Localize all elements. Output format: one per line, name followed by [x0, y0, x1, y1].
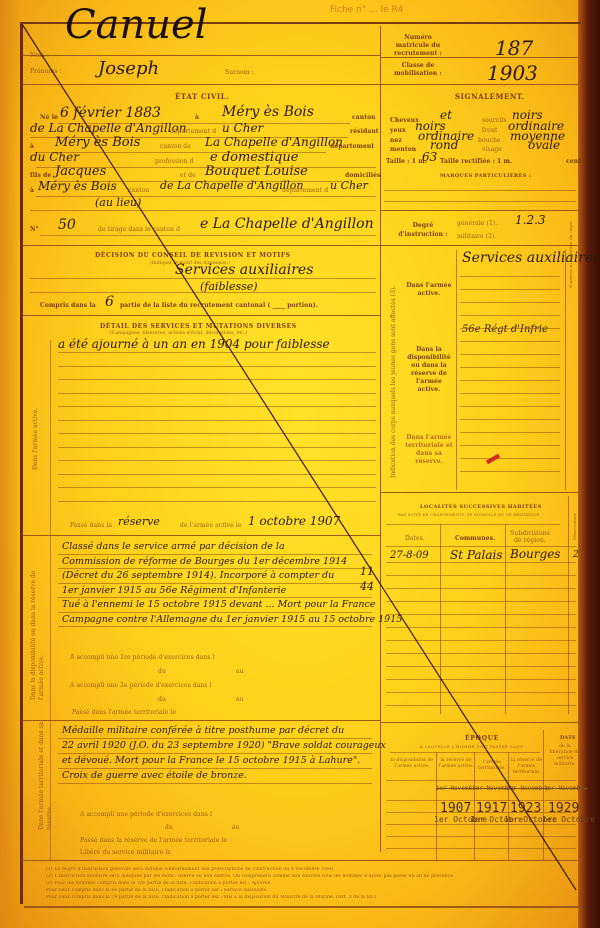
- periode1-du: du: [158, 668, 166, 675]
- footnote: (1) Le degré d'instruction générale sera…: [46, 867, 335, 872]
- departement-label: département d: [170, 128, 216, 135]
- ruled-line: [460, 276, 560, 277]
- ruled-line: [58, 393, 376, 394]
- ruled-line: [460, 419, 560, 420]
- ruled-line: [58, 366, 376, 367]
- periode2-label: A accompli une 2e période d'exercices da…: [70, 682, 212, 689]
- epoques-title: ÉPOQUE: [465, 735, 499, 742]
- service-entry-line: Classé dans le service armé par décision…: [62, 541, 285, 552]
- ruled-line: [460, 380, 560, 381]
- ruled-line: [386, 601, 576, 602]
- ruled-line: [386, 562, 576, 563]
- profession: e domestique: [210, 150, 298, 165]
- corps-territoriale-label: Dans l'armée territoriale et dans sa rés…: [404, 434, 454, 466]
- localites-side-label: Observations: [572, 513, 577, 540]
- ruled-line: [460, 302, 560, 303]
- fils-de-label: fils de: [30, 172, 51, 179]
- domicilies-label: domiciliés: [345, 172, 381, 179]
- armee-active-section-label: Dans l'armée active.: [32, 408, 39, 470]
- surname-value: Canuel: [65, 2, 207, 48]
- service-entry-line: et dévoué. Mort pour la France le 15 oct…: [62, 755, 360, 766]
- menton-label: menton: [390, 146, 416, 153]
- ruled-line: [386, 824, 576, 825]
- domicile-canton-label: canton: [128, 187, 149, 194]
- page-margin: [0, 0, 22, 928]
- column-divider: [380, 26, 381, 852]
- epoque-year: 1917: [476, 801, 507, 816]
- ruled-line: [386, 640, 576, 641]
- domicile-place: Méry ès Bois: [38, 179, 117, 193]
- visage-value: ovale: [528, 138, 560, 152]
- et-de-label: et de: [180, 172, 196, 179]
- tirage-number: 50: [58, 217, 76, 233]
- localites-col-communes: Communes.: [455, 535, 495, 542]
- a-label: à: [195, 114, 199, 121]
- ruled-line: [58, 501, 376, 502]
- ruled-line: [460, 354, 560, 355]
- passe-reserve-date: 1 octobre 1907: [248, 514, 340, 528]
- periode1-au: au: [236, 668, 244, 675]
- struck-date: 1er Novembre: [544, 785, 587, 792]
- ne-le-label: Né le: [40, 114, 58, 121]
- prenoms-label: Prénoms :: [30, 68, 62, 75]
- passe-territoriale-label: Passé dans l'armée territoriale le: [72, 709, 176, 716]
- ruled-line: [386, 705, 576, 706]
- ruled-line: [58, 460, 376, 461]
- ruled-line: [386, 575, 576, 576]
- instruction-militaire-label: militaire (2).: [457, 233, 497, 240]
- service-line-ajourne: a été ajourné à un an en 1904 pour faibl…: [58, 337, 330, 351]
- taille-label: Taille : 1 m.: [386, 158, 427, 165]
- tirage-canton-label: de tirage dans le canton d: [98, 226, 180, 233]
- ruled-line: [386, 653, 576, 654]
- record-sheet: Fiche n° ... le R4 Canuel Nom : Prénoms …: [0, 0, 600, 928]
- instruction-label: Degré d'instruction :: [398, 221, 448, 239]
- ruled-line: [58, 487, 376, 488]
- ruled-line: [58, 433, 376, 434]
- tirage-canton: e La Chapelle d'Angillon: [200, 216, 374, 232]
- residant-label: résidant: [350, 128, 379, 135]
- service-entry-line: 22 avril 1920 (J.O. du 23 septembre 1920…: [62, 740, 386, 751]
- birth-place: Méry ès Bois: [222, 104, 314, 120]
- profession-label: profession d: [155, 158, 194, 165]
- ruled-line: [460, 471, 560, 472]
- passe-reserve-value: réserve: [118, 515, 160, 528]
- father-name: Jacques: [55, 164, 106, 179]
- ruled-line: [460, 367, 560, 368]
- epoque-year: 1907: [440, 801, 471, 816]
- footnote: Pour ceux compris dans la 7e partie de l…: [46, 895, 376, 900]
- ruled-line: [386, 812, 576, 813]
- instruction-generale-label: générale (1).: [457, 220, 497, 227]
- detail-services-subtitle: (Campagnes, blessures, actions d'éclat, …: [110, 331, 247, 336]
- localites-title: LOCALITÉS SUCCESSIVES HABITÉES: [420, 504, 542, 510]
- side-number-2: 44: [360, 580, 374, 593]
- sourcils-label: sourcils: [482, 117, 507, 124]
- matricule-label: Numéro matricule du recrutement :: [387, 34, 449, 58]
- decision-value: Services auxiliaires: [175, 262, 313, 278]
- ruled-line: [460, 289, 560, 290]
- epoque-col-reserve-territoriale: la réserve de l'armée territoriale.: [510, 758, 543, 776]
- corps-affectes-label: Indication des corps auxquels les jeunes…: [390, 286, 397, 478]
- top-annotation: Fiche n° ... le R4: [330, 5, 403, 15]
- ruled-line: [460, 341, 560, 342]
- epoque-year: 1923: [510, 801, 541, 816]
- footnote: (2) L'instruction militaire sera indiqué…: [46, 874, 455, 879]
- epoque-col-disponibilite: la disponibilité de l'armée active.: [390, 758, 434, 770]
- ruled-line: [58, 352, 376, 353]
- footnote: (3) Pour les hommes compris dans la 1re …: [46, 881, 272, 886]
- domicile-note: (au lieu): [95, 196, 141, 209]
- service-entry-line: Tué à l'ennemi le 15 octobre 1915 devant…: [62, 599, 375, 610]
- a-label-3: à: [30, 187, 34, 194]
- service-entry-line: Croix de guerre avec étoile de bronze.: [62, 770, 247, 781]
- residence-canton-label: canton de: [160, 143, 191, 150]
- nez-label: nez: [390, 137, 402, 144]
- mother-name: Bouquet Louise: [205, 164, 308, 179]
- ruled-line: [386, 848, 576, 849]
- front-label: front: [482, 127, 497, 134]
- marques-label: MARQUES PARTICULIÈRES :: [440, 173, 531, 179]
- ruled-line: [460, 458, 560, 459]
- instruction-generale-value: 1.2.3: [515, 213, 546, 227]
- localite-date: 27-8-09: [390, 550, 429, 561]
- visage-label: visage: [482, 146, 502, 153]
- service-entry-line: Commission de réforme de Bourges du 1er …: [62, 556, 347, 567]
- compris-suffix: partie de la liste du recrutement canton…: [120, 302, 318, 309]
- compris-label: Compris dans la: [40, 302, 96, 309]
- taille-cent: cent.: [566, 158, 583, 165]
- ruled-line: [386, 800, 576, 801]
- territoriale-section-label: Dans l'armée territoriale et dans sa rés…: [38, 720, 54, 830]
- classe-value: 1903: [487, 61, 538, 85]
- passe-reserve-suffix: de l'armée active le: [180, 522, 242, 529]
- a-label-2: à: [30, 143, 34, 150]
- detail-services-title: DÉTAIL DES SERVICES ET MUTATIONS DIVERSE…: [100, 323, 297, 330]
- service-entry-line: Campagne contre l'Allemagne du 1er janvi…: [62, 614, 402, 625]
- ruled-line: [386, 836, 576, 837]
- surnom-label: Surnom :: [225, 69, 254, 76]
- date-liberation-title: DATE: [560, 735, 576, 741]
- periode2-du: du: [158, 696, 166, 703]
- birth-canton: de La Chapelle d'Angillon: [30, 121, 187, 135]
- compris-partie: 6: [105, 294, 114, 310]
- libere-label: Libéré du service militaire le: [80, 849, 171, 856]
- ruled-line: [460, 432, 560, 433]
- epoques-subtitle: A LAQUELLE L'HOMME DOIT PASSER DANS: [420, 744, 523, 749]
- repertoire-label: Numéros au répertoire du corps.: [568, 221, 573, 288]
- signalement-title: SIGNALEMENT.: [455, 92, 525, 101]
- terr-periode-au: au: [232, 824, 240, 831]
- epoque-year: 1929: [548, 801, 579, 816]
- localite-subdivision: Bourges: [510, 547, 560, 561]
- birth-department: u Cher: [222, 121, 263, 135]
- ruled-line: [58, 474, 376, 475]
- terr-periode-label: A accompli une période d'exercices dans …: [80, 811, 212, 818]
- periode1-label: A accompli une 1re période d'exercices d…: [70, 654, 215, 661]
- decision-title: DÉCISION DU CONSEIL DE REVISION ET MOTIF…: [95, 252, 291, 259]
- corps-armee-active-value: Services auxiliaires: [462, 250, 600, 266]
- corps-disponibilite-value: 56e Régt d'Infrie: [462, 324, 548, 335]
- taille-value: 63: [422, 150, 437, 164]
- epoque-col-reserve-active: la réserve de l'armée active.: [438, 758, 474, 770]
- struck-date: 1er Novembre: [506, 785, 549, 792]
- localite-commune: St Palais: [450, 548, 503, 562]
- service-entry-line: 1er janvier 1915 au 56e Régiment d'Infan…: [62, 585, 286, 596]
- canton-label: canton: [352, 114, 376, 121]
- ruled-line: [58, 447, 376, 448]
- domicile-dept-label: département d: [282, 187, 328, 194]
- date-liberation-subtitle: de la libération du service militaire.: [547, 744, 583, 768]
- footnote: Pour ceux compris dans la 6e partie de l…: [46, 888, 268, 893]
- residence-dept: du Cher: [30, 150, 79, 164]
- periode2-au: au: [236, 696, 244, 703]
- localites-col-subdivisions: Subdivisions de région.: [510, 530, 550, 544]
- ruled-line: [58, 406, 376, 407]
- ruled-line: [460, 406, 560, 407]
- tirage-label: N°: [30, 226, 39, 233]
- classe-label: Classe de mobilisation :: [387, 62, 449, 78]
- ruled-line: [386, 627, 576, 628]
- ruled-line: [386, 588, 576, 589]
- ruled-line: [386, 679, 576, 680]
- domicile-dept: u Cher: [330, 179, 368, 192]
- localite-obs: 2: [573, 550, 579, 560]
- terr-periode-du: du: [165, 824, 173, 831]
- prenoms-value: Joseph: [98, 58, 159, 79]
- epoque-date: 1er Octobre: [542, 815, 595, 824]
- ruled-line: [386, 692, 576, 693]
- ruled-line: [58, 379, 376, 380]
- ruled-line: [460, 315, 560, 316]
- ruled-line: [460, 393, 560, 394]
- birth-date: 6 février 1883: [60, 105, 161, 121]
- corps-armee-active-label: Dans l'armée active.: [405, 282, 453, 298]
- side-number-1: 11: [360, 565, 374, 578]
- ruled-line: [460, 328, 560, 329]
- yeux-label: yeux: [390, 127, 406, 134]
- passe-reserve-label: Passé dans la: [70, 522, 112, 529]
- taille-rectifiee-label: Taille rectifiée : 1 m.: [440, 158, 512, 165]
- corps-disponibilite-label: Dans la disponibilité ou dans la réserve…: [404, 346, 454, 394]
- ruled-line: [460, 445, 560, 446]
- etat-civil-title: ÉTAT CIVIL.: [175, 92, 229, 101]
- residence-dept-label: département: [330, 143, 374, 150]
- ruled-line: [386, 666, 576, 667]
- residence-place: Méry ès Bois: [55, 135, 140, 150]
- ruled-line: [386, 614, 576, 615]
- service-entry-line: (Décret du 26 septembre 1914). Incorporé…: [62, 570, 334, 581]
- service-entry-line: Médaille militaire conférée à titre post…: [62, 725, 344, 736]
- disponibilite-section-label: Dans la disponibilité ou dans la réserve…: [30, 560, 46, 700]
- passe-reserve-territoriale-label: Passé dans la réserve de l'armée territo…: [80, 837, 227, 844]
- residence-canton: La Chapelle d'Angillon: [205, 135, 343, 149]
- localites-col-dates: Dates.: [405, 535, 425, 542]
- epoque-col-territoriale: l'armée territoriale.: [476, 760, 508, 772]
- bouche-label: bouche: [478, 137, 501, 144]
- localites-subtitle: PAR SUITE DE CHANGEMENTS DE DOMICILE OU …: [398, 513, 541, 517]
- ruled-line: [58, 420, 376, 421]
